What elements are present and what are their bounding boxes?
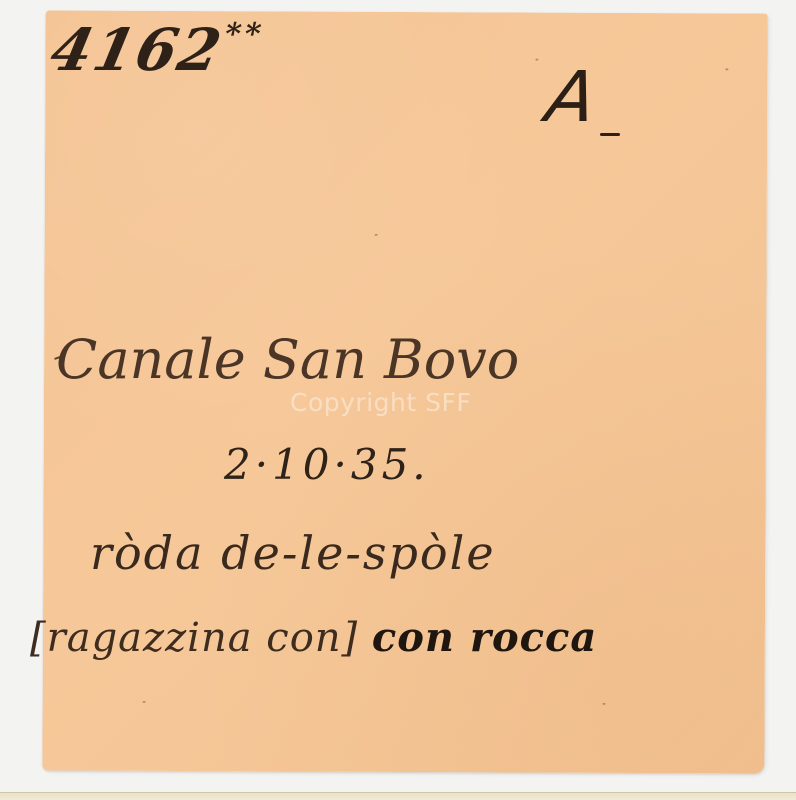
caption-corrected-text: con rocca — [372, 614, 597, 661]
paper-speck — [375, 234, 378, 236]
date: 2·10·35. — [224, 440, 430, 489]
place-name: Canale San Bovo — [56, 328, 519, 391]
copyright-watermark: Copyright SFF — [290, 388, 471, 417]
object-description: ròda de-le-spòle — [90, 526, 496, 580]
mount-board-strip — [0, 792, 796, 800]
paper-speck — [535, 59, 538, 61]
paper-speck — [603, 703, 606, 705]
paper-speck — [725, 68, 728, 70]
paper-speck — [143, 701, 146, 703]
catalog-number: 4162** — [45, 16, 268, 84]
catalog-number-value: 4162 — [45, 16, 229, 84]
caption-line: [ragazzina con] con rocca — [30, 614, 597, 661]
caption-bracketed-text: [ragazzina con] — [30, 615, 358, 661]
series-letter-underline — [600, 133, 620, 136]
catalog-star-marks: ** — [221, 17, 268, 52]
